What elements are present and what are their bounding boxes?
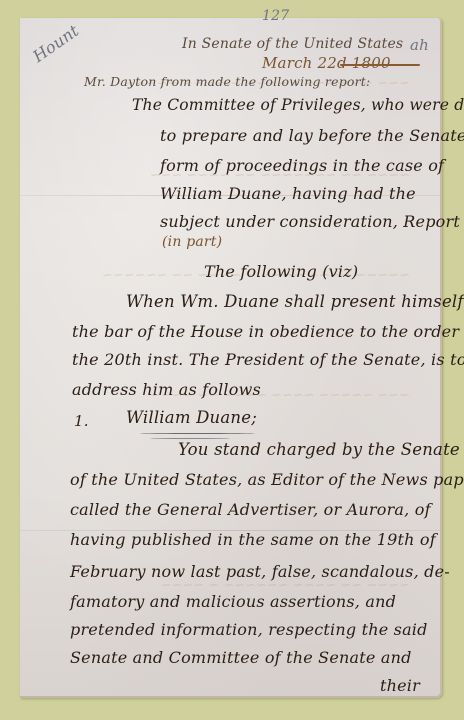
item-number: 1. — [74, 412, 89, 430]
name-underline-swash — [140, 433, 255, 434]
body-line: the 20th inst. The President of the Sena… — [72, 350, 464, 369]
body-line: pretended information, respecting the sa… — [70, 620, 428, 639]
catchword: their — [380, 676, 420, 695]
body-line: subject under consideration, Report — [160, 212, 460, 231]
body-line: called the General Advertiser, or Aurora… — [70, 500, 431, 519]
body-line: William Duane, having had the — [160, 184, 416, 203]
body-line: Senate and Committee of the Senate and — [70, 648, 412, 667]
body-line: (in part) — [162, 234, 222, 250]
corner-note-pencil: ah — [410, 36, 429, 54]
body-line: You stand charged by the Senate — [178, 440, 460, 459]
body-line: address him as follows — [72, 380, 261, 399]
body-line: the bar of the House in obedience to the… — [72, 322, 464, 341]
date-underline-stroke — [340, 64, 420, 66]
body-line: famatory and malicious assertions, and — [70, 592, 396, 611]
body-line: of the United States, as Editor of the N… — [70, 470, 464, 489]
body-line: The Committee of Privileges, who were di… — [132, 96, 464, 114]
folio-number-pencil: 127 — [262, 8, 289, 24]
body-line: When Wm. Duane shall present himself at — [126, 292, 464, 311]
addressee-name: William Duane; — [126, 408, 257, 427]
name-underline-swash — [150, 438, 230, 439]
body-line: form of proceedings in the case of — [160, 156, 444, 175]
body-line: to prepare and lay before the Senate, a — [160, 126, 464, 145]
body-line: having published in the same on the 19th… — [70, 530, 436, 549]
body-line: February now last past, false, scandalou… — [70, 562, 450, 581]
header-date-line: March 22d 1800 — [262, 54, 391, 72]
body-line: The following (viz) — [204, 262, 358, 281]
header-senate-line: In Senate of the United States — [182, 36, 403, 52]
report-intro: Mr. Dayton from made the following repor… — [84, 74, 370, 89]
